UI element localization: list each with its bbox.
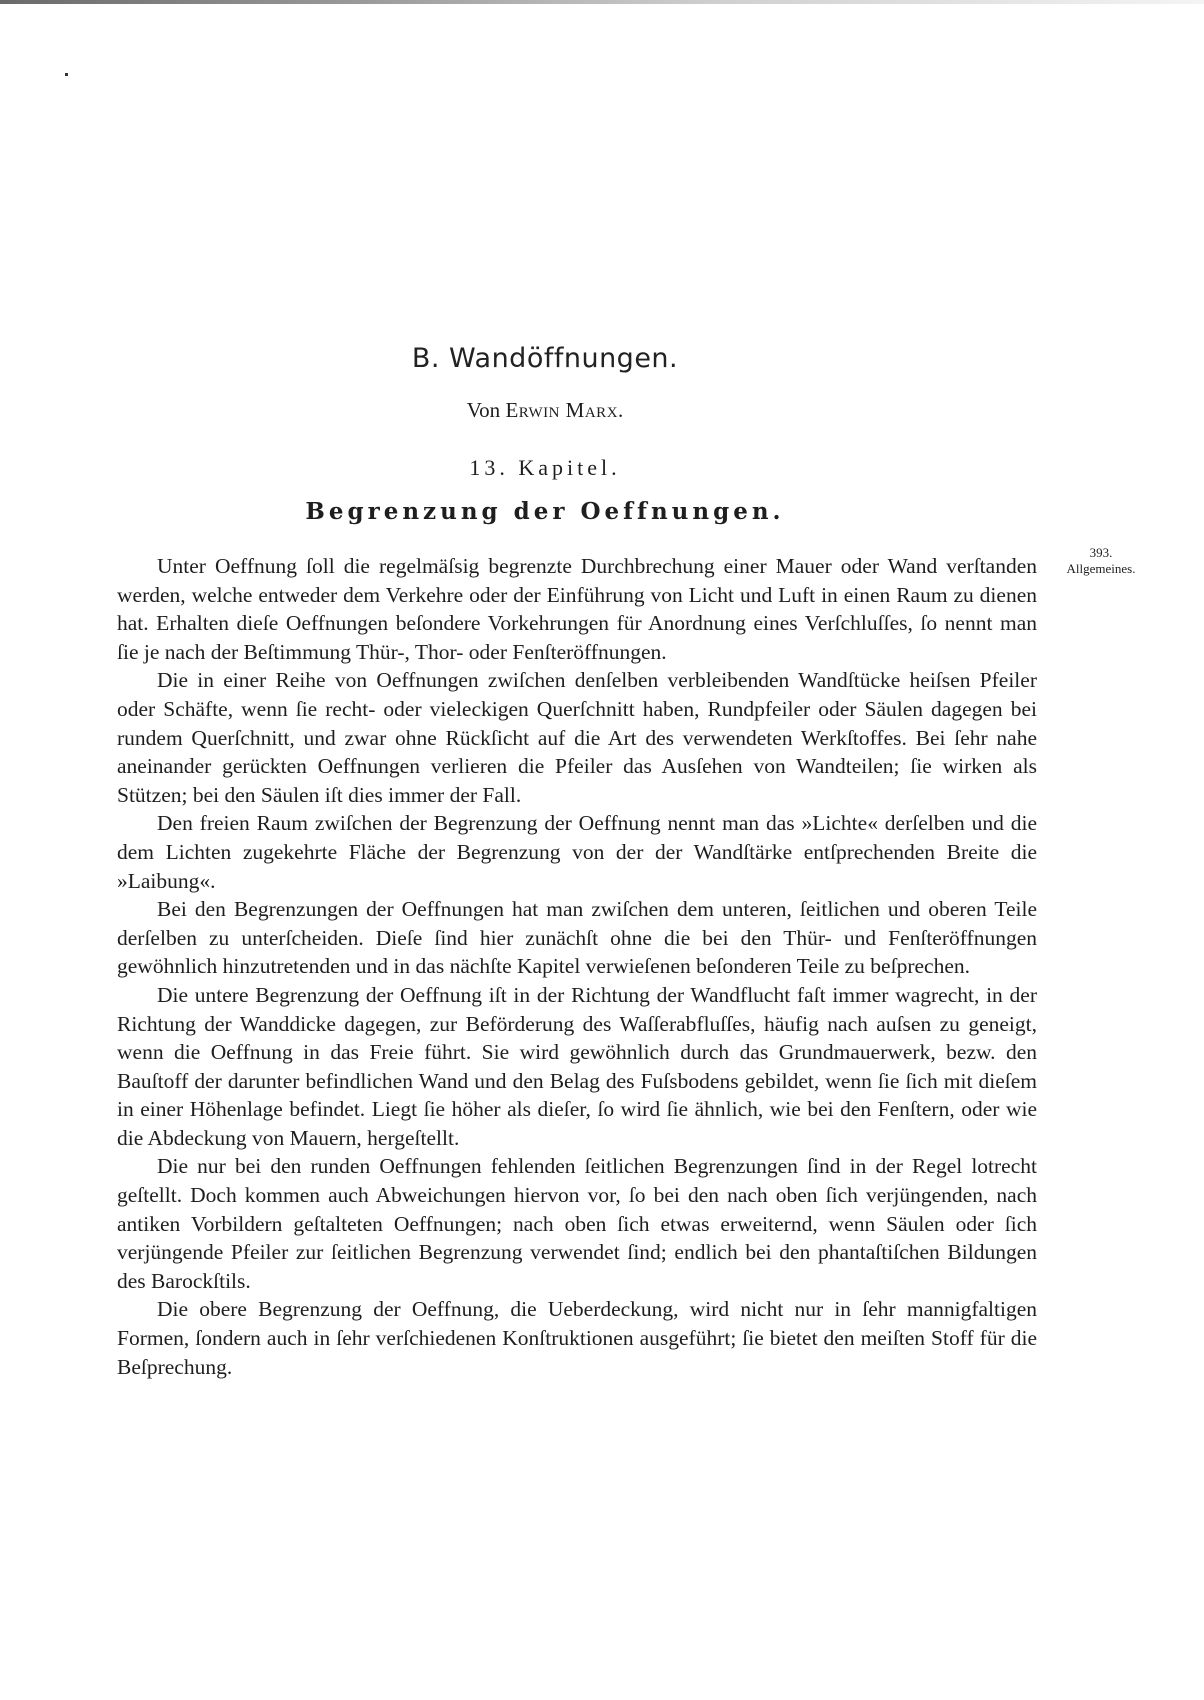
body-text: Unter Oeffnung ſoll die regelmäſsig begr… [117, 552, 1037, 1381]
paragraph: Den freien Raum zwiſchen der Begrenzung … [117, 809, 1037, 895]
scan-edge-shadow [0, 0, 1204, 4]
paragraph: Unter Oeffnung ſoll die regelmäſsig begr… [117, 552, 1037, 666]
scan-speck [65, 73, 68, 76]
margin-note: 393. Allgemeines. [1046, 545, 1156, 577]
author-name: Erwin Marx [505, 398, 618, 422]
paragraph: Die obere Begrenzung der Oeffnung, die U… [117, 1295, 1037, 1381]
paragraph: Bei den Begrenzungen der Oeffnungen hat … [117, 895, 1037, 981]
author-line: Von Erwin Marx. [0, 398, 1090, 423]
chapter-title: Begrenzung der Oeffnungen. [0, 498, 1090, 525]
paragraph: Die in einer Reihe von Oeffnungen zwiſch… [117, 666, 1037, 809]
author-prefix: Von [467, 398, 500, 422]
chapter-number: 13. Kapitel. [0, 455, 1090, 481]
margin-note-label: Allgemeines. [1046, 561, 1156, 577]
section-title: B. Wandöffnungen. [0, 343, 1090, 374]
paragraph: Die nur bei den runden Oeffnungen fehlen… [117, 1152, 1037, 1295]
margin-note-number: 393. [1046, 545, 1156, 561]
author-suffix: . [618, 398, 623, 422]
paragraph: Die untere Begrenzung der Oeffnung iſt i… [117, 981, 1037, 1153]
